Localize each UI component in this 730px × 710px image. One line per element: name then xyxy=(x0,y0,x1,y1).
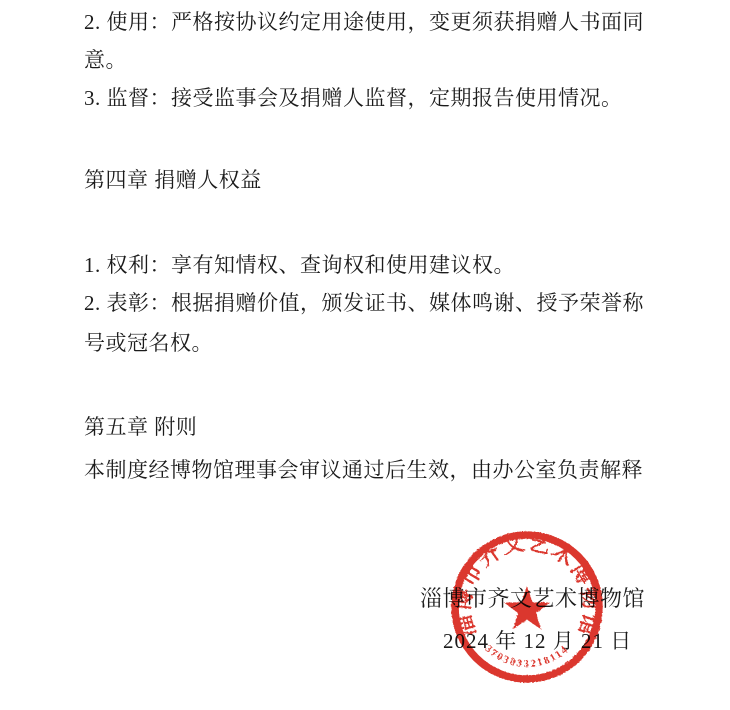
document-page: 2. 使用：严格按协议约定用途使用，变更须获捐赠人书面同 意。 3. 监督：接受… xyxy=(0,0,730,710)
signature-organization: 淄博市齐文艺术博物馆 xyxy=(420,582,645,613)
heading-chapter-4: 第四章 捐赠人权益 xyxy=(84,168,262,193)
line-rights: 1. 权利：享有知情权、查询权和使用建议权。 xyxy=(84,253,515,278)
line-commend: 2. 表彰：根据捐赠价值，颁发证书、媒体鸣谢、授予荣誉称 xyxy=(84,291,644,316)
signature-date: 2024 年 12 月 21 日 xyxy=(443,625,632,655)
line-commend-cont: 号或冠名权。 xyxy=(84,331,213,356)
line-use: 2. 使用：严格按协议约定用途使用，变更须获捐赠人书面同 xyxy=(84,10,644,35)
line-use-cont: 意。 xyxy=(84,48,127,73)
line-supervise: 3. 监督：接受监事会及捐赠人监督，定期报告使用情况。 xyxy=(84,86,623,111)
line-effective: 本制度经博物馆理事会审议通过后生效，由办公室负责解释 xyxy=(84,458,643,483)
heading-chapter-5: 第五章 附则 xyxy=(84,415,197,440)
